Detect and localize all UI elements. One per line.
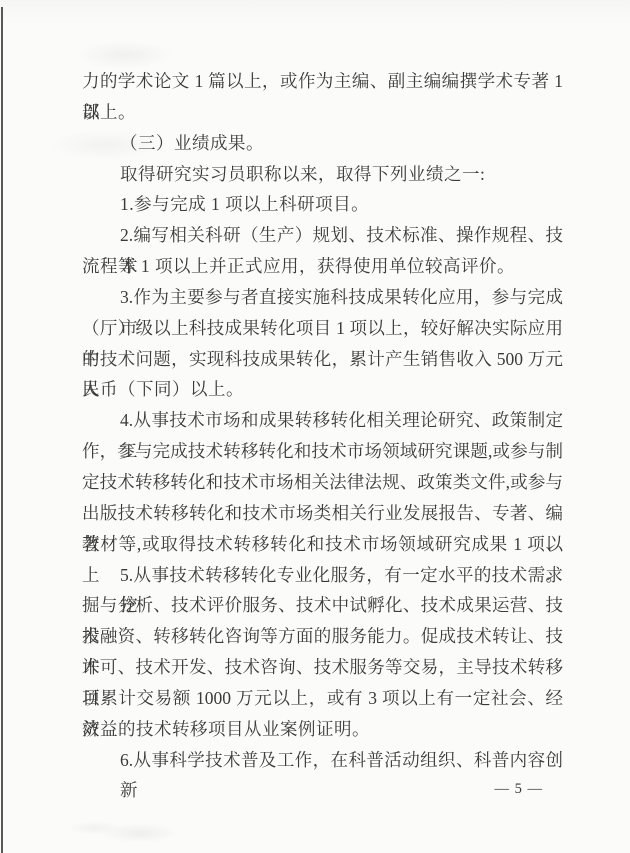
text-line: 教材等,或取得技术转移转化和技术市场领域研究成果 1 项以上。 [82, 529, 563, 560]
text-line: （三）业绩成果。 [82, 128, 563, 159]
text-line: 掘与分析、技术评价服务、技术中试孵化、技术成果运营、技术 [82, 590, 563, 621]
page-number: — 5 — [495, 781, 544, 798]
text-line: （厅）级以上科技成果转化项目 1 项以上，较好解决实际应用中 [82, 313, 563, 344]
text-line: 投融资、转移转化咨询等方面的服务能力。促成技术转让、技术 [82, 621, 563, 652]
scanned-document-page: 力的学术论文 1 篇以上，或作为主编、副主编编撰学术专著 1 部 以上。 （三）… [0, 0, 630, 853]
text-line: 5.从事技术转移转化专业化服务，有一定水平的技术需求挖 [82, 560, 563, 591]
text-line: 作，参与完成技术转移转化和技术市场领域研究课题,或参与制 [82, 436, 563, 467]
document-body: 力的学术论文 1 篇以上，或作为主编、副主编编撰学术专著 1 部 以上。 （三）… [82, 66, 563, 775]
text-line: 目累计交易额 1000 万元以上，或有 3 项以上有一定社会、经济 [82, 683, 563, 714]
text-line: 定技术转移转化和技术市场相关法律法规、政策类文件,或参与 [82, 467, 563, 498]
text-line: 民币（下同）以上。 [82, 374, 563, 405]
text-line: 流程等 1 项以上并正式应用，获得使用单位较高评价。 [82, 251, 563, 282]
text-line: 取得研究实习员职称以来，取得下列业绩之一: [82, 159, 563, 190]
text-line: 6.从事科学技术普及工作，在科普活动组织、科普内容创新 [82, 745, 563, 776]
text-line: 3.作为主要参与者直接实施科技成果转化应用，参与完成市 [82, 282, 563, 313]
text-line: 4.从事技术市场和成果转移转化相关理论研究、政策制定工 [82, 405, 563, 436]
text-line: 的技术问题，实现科技成果转化，累计产生销售收入 500 万元人 [82, 344, 563, 375]
text-line: 以上。 [82, 97, 563, 128]
text-line: 效益的技术转移项目从业案例证明。 [82, 714, 563, 745]
text-line: 出版技术转移转化和技术市场类相关行业发展报告、专著、编著、 [82, 498, 563, 529]
scan-edge-line [1, 7, 3, 853]
text-line: 许可、技术开发、技术咨询、技术服务等交易，主导技术转移项 [82, 652, 563, 683]
text-line: 2.编写相关科研（生产）规划、技术标准、操作规程、技术 [82, 220, 563, 251]
text-line: 1.参与完成 1 项以上科研项目。 [82, 189, 563, 220]
text-line: 力的学术论文 1 篇以上，或作为主编、副主编编撰学术专著 1 部 [82, 66, 563, 97]
